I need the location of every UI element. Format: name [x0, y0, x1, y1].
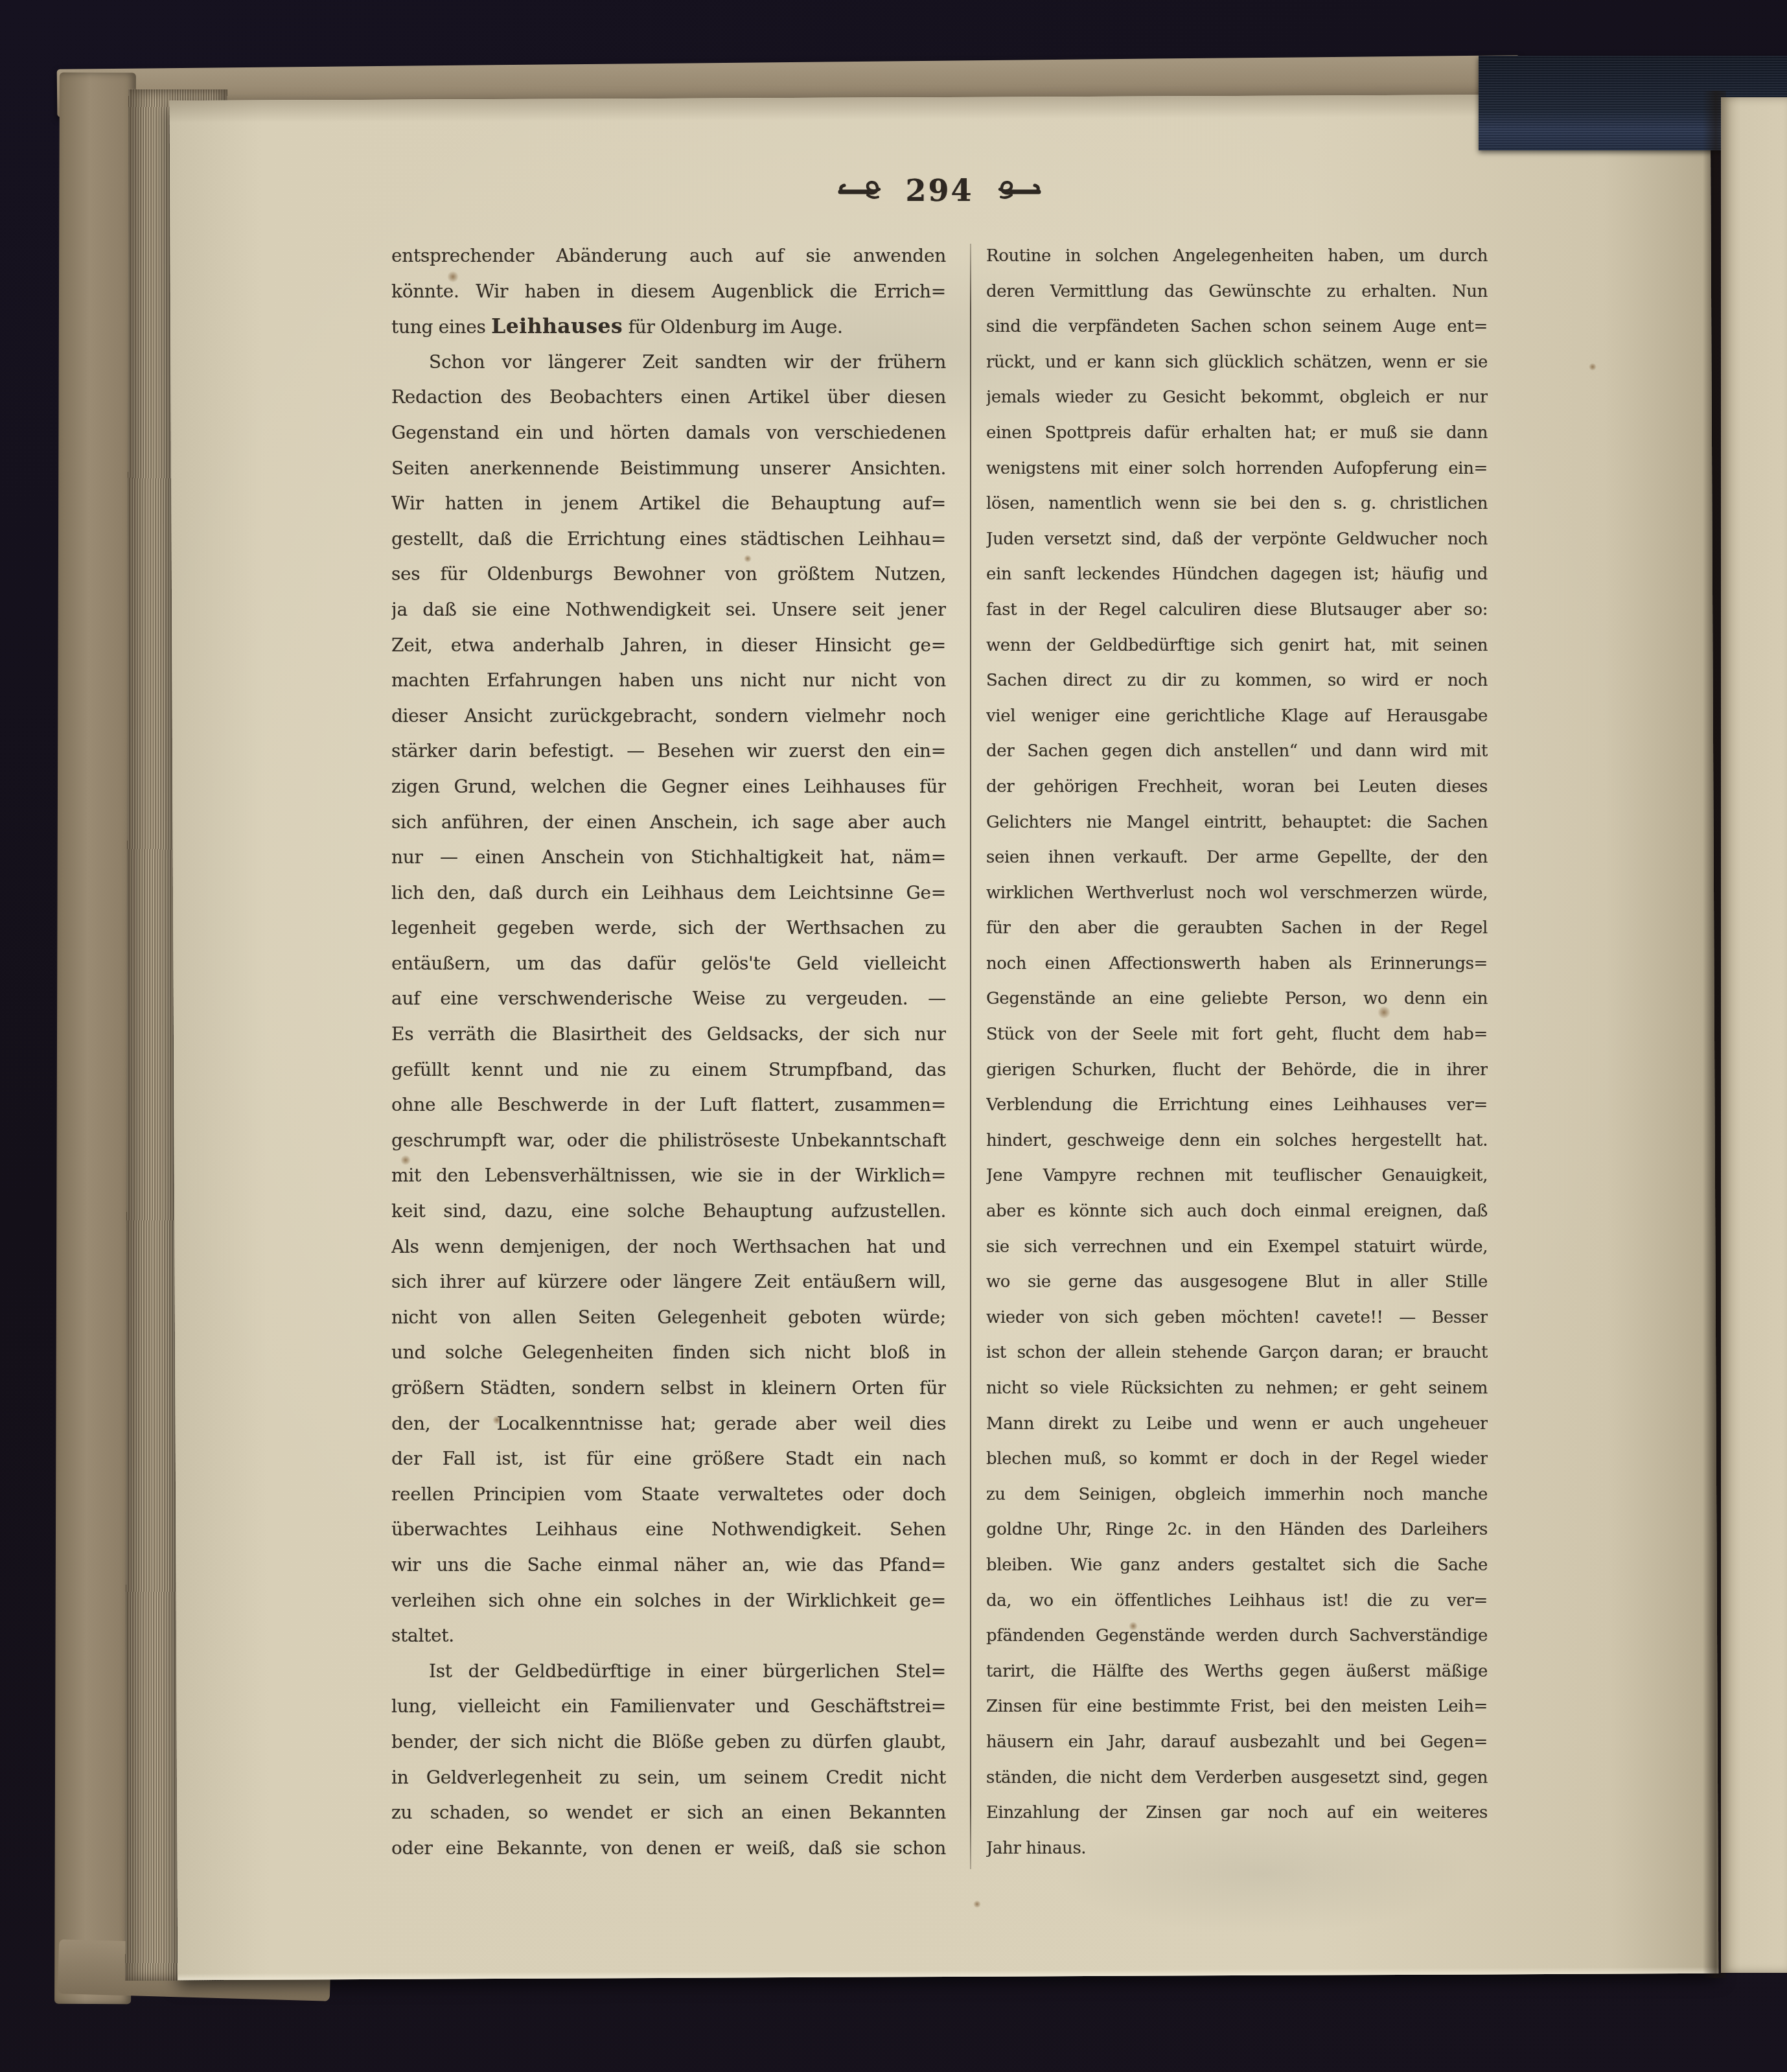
- fleuron-ornament-left-icon: [838, 180, 883, 202]
- text-line: für den aber die geraubten Sachen in der…: [986, 911, 1488, 946]
- text-line: Einzahlung der Zinsen gar noch auf ein w…: [986, 1795, 1488, 1831]
- book-cover-left-edge: [54, 73, 136, 2004]
- text-line: zigen Grund, welchen die Gegner eines Le…: [391, 769, 946, 805]
- text-line: tarirt, die Hälfte des Werths gegen äuße…: [986, 1654, 1488, 1690]
- text-line: sind die verpfändeten Sachen schon seine…: [986, 309, 1488, 345]
- text-line: fast in der Regel calculiren diese Bluts…: [986, 592, 1488, 628]
- text-line: Verblendung die Errichtung eines Leihhau…: [986, 1088, 1488, 1123]
- text-line: Seiten anerkennende Beistimmung unserer …: [391, 451, 946, 487]
- text-line: Stück von der Seele mit fort geht, fluch…: [986, 1017, 1488, 1053]
- text-line: verleihen sich ohne ein solches in der W…: [391, 1583, 946, 1619]
- text-line: gierigen Schurken, flucht der Behörde, d…: [986, 1053, 1488, 1088]
- scanned-book-page: 294 entsprechender Abänderung auch auf s…: [0, 0, 1787, 2072]
- text-line: größern Städten, sondern selbst in klein…: [391, 1371, 946, 1406]
- text-line: da, wo ein öffentliches Leihhaus ist! di…: [986, 1583, 1488, 1619]
- text-line: auf eine verschwenderische Weise zu verg…: [391, 981, 946, 1017]
- text-line: sich anführen, der einen Anschein, ich s…: [391, 805, 946, 841]
- text-line: bender, der sich nicht die Blöße geben z…: [391, 1725, 946, 1760]
- text-line: blechen muß, so kommt er doch in der Reg…: [986, 1441, 1488, 1477]
- text-line: Gegenstände an eine geliebte Person, wo …: [986, 981, 1488, 1017]
- text-line: überwachtes Leihhaus eine Nothwendigkeit…: [391, 1512, 946, 1548]
- text-line: rückt, und er kann sich glücklich schätz…: [986, 345, 1488, 380]
- text-line: sich ihrer auf kürzere oder längere Zeit…: [391, 1264, 946, 1300]
- text-line: zu schaden, so wendet er sich an einen B…: [391, 1795, 946, 1831]
- text-line: noch einen Affectionswerth haben als Eri…: [986, 946, 1488, 982]
- column-divider-rule: [970, 244, 971, 1869]
- text-line: ohne alle Beschwerde in der Luft flatter…: [391, 1088, 946, 1123]
- text-line: Ist der Geldbedürftige in einer bürgerli…: [391, 1654, 946, 1690]
- text-line: dieser Ansicht zurückgebracht, sondern v…: [391, 699, 946, 734]
- text-line: nicht so viele Rücksichten zu nehmen; er…: [986, 1371, 1488, 1406]
- text-column-right: Routine in solchen Angelegenheiten haben…: [986, 239, 1488, 1866]
- text-line: legenheit gegeben werde, sich der Werths…: [391, 911, 946, 946]
- text-line: Redaction des Beobachters einen Artikel …: [391, 380, 946, 415]
- text-line: wenigstens mit einer solch horrenden Auf…: [986, 451, 1488, 487]
- text-line: Es verräth die Blasirtheit des Geldsacks…: [391, 1017, 946, 1053]
- text-line: reellen Principien vom Staate verwaltete…: [391, 1477, 946, 1513]
- text-line: aber es könnte sich auch doch einmal ere…: [986, 1194, 1488, 1229]
- text-line: wo sie gerne das ausgesogene Blut in all…: [986, 1264, 1488, 1300]
- text-line: viel weniger eine gerichtliche Klage auf…: [986, 699, 1488, 734]
- text-line: Wir hatten in jenem Artikel die Behauptu…: [391, 486, 946, 522]
- text-line: Gelichters nie Mangel eintritt, behaupte…: [986, 805, 1488, 841]
- text-line: in Geldverlegenheit zu sein, um seinem C…: [391, 1760, 946, 1796]
- text-line: stärker darin befestigt. — Besehen wir z…: [391, 734, 946, 769]
- text-line: ein sanft leckendes Hündchen dagegen ist…: [986, 557, 1488, 592]
- text-column-left: entsprechender Abänderung auch auf sie a…: [391, 239, 946, 1866]
- text-line: oder eine Bekannte, von denen er weiß, d…: [391, 1831, 946, 1867]
- text-line: staltet.: [391, 1618, 946, 1654]
- text-line: ist schon der allein stehende Garçon dar…: [986, 1335, 1488, 1371]
- text-line: ses für Oldenburgs Bewohner von größtem …: [391, 557, 946, 592]
- text-line: tung eines Leihhauses für Oldenburg im A…: [391, 309, 946, 345]
- text-line: deren Vermittlung das Gewünschte zu erha…: [986, 274, 1488, 310]
- text-line: könnte. Wir haben in diesem Augenblick d…: [391, 274, 946, 310]
- text-line: entsprechender Abänderung auch auf sie a…: [391, 239, 946, 274]
- text-line: Mann direkt zu Leibe und wenn er auch un…: [986, 1406, 1488, 1442]
- text-line: gestellt, daß die Errichtung eines städt…: [391, 522, 946, 557]
- text-line: bleiben. Wie ganz anders gestaltet sich …: [986, 1548, 1488, 1583]
- text-line: goldne Uhr, Ringe 2c. in den Händen des …: [986, 1512, 1488, 1548]
- text-line: wirklichen Werthverlust noch wol verschm…: [986, 876, 1488, 911]
- text-line: und solche Gelegenheiten finden sich nic…: [391, 1335, 946, 1371]
- text-line: nicht von allen Seiten Gelegenheit gebot…: [391, 1300, 946, 1336]
- text-line: wieder von sich geben möchten! cavete!! …: [986, 1300, 1488, 1336]
- text-line: der gehörigen Frechheit, woran bei Leute…: [986, 769, 1488, 805]
- text-line: hindert, geschweige denn ein solches her…: [986, 1123, 1488, 1159]
- fleuron-ornament-right-icon: [996, 180, 1041, 202]
- text-line: häusern ein Jahr, darauf ausbezahlt und …: [986, 1725, 1488, 1760]
- text-line: wenn der Geldbedürftige sich genirt hat,…: [986, 628, 1488, 664]
- text-line: entäußern, um das dafür gelös'te Geld vi…: [391, 946, 946, 982]
- running-head: 294: [391, 167, 1488, 214]
- text-line: Zinsen für eine bestimmte Frist, bei den…: [986, 1689, 1488, 1725]
- text-line: keit sind, dazu, eine solche Behauptung …: [391, 1194, 946, 1229]
- text-line: zu dem Seinigen, obgleich immerhin noch …: [986, 1477, 1488, 1513]
- text-line: Sachen direct zu dir zu kommen, so wird …: [986, 663, 1488, 699]
- text-line: Routine in solchen Angelegenheiten haben…: [986, 239, 1488, 274]
- text-line: der Fall ist, ist für eine größere Stadt…: [391, 1441, 946, 1477]
- text-line: Jene Vampyre rechnen mit teuflischer Gen…: [986, 1158, 1488, 1194]
- text-line: Als wenn demjenigen, der noch Werthsache…: [391, 1229, 946, 1265]
- text-line: Juden versetzt sind, daß der verpönte Ge…: [986, 522, 1488, 557]
- text-line: geschrumpft war, oder die philiströseste…: [391, 1123, 946, 1159]
- text-line: Schon vor längerer Zeit sandten wir der …: [391, 345, 946, 380]
- text-line: ständen, die nicht dem Verderben ausgese…: [986, 1760, 1488, 1796]
- text-line: wir uns die Sache einmal näher an, wie d…: [391, 1548, 946, 1583]
- text-line: den, der Localkenntnisse hat; gerade abe…: [391, 1406, 946, 1442]
- text-line: mit den Lebensverhältnissen, wie sie in …: [391, 1158, 946, 1194]
- text-line: gefüllt kennt und nie zu einem Strumpfba…: [391, 1053, 946, 1088]
- text-line: Gegenstand ein und hörten damals von ver…: [391, 415, 946, 451]
- text-line: seien ihnen verkauft. Der arme Gepellte,…: [986, 840, 1488, 876]
- text-line: machten Erfahrungen haben uns nicht nur …: [391, 663, 946, 699]
- text-line: pfändenden Gegenstände werden durch Sach…: [986, 1618, 1488, 1654]
- text-line: jemals wieder zu Gesicht bekommt, obglei…: [986, 380, 1488, 415]
- text-line: ja daß sie eine Nothwendigkeit sei. Unse…: [391, 592, 946, 628]
- page-number: 294: [905, 176, 973, 205]
- text-line: der Sachen gegen dich anstellen“ und dan…: [986, 734, 1488, 769]
- text-line: lung, vielleicht ein Familienvater und G…: [391, 1689, 946, 1725]
- text-line: Jahr hinaus.: [986, 1831, 1488, 1867]
- text-line: lich den, daß durch ein Leihhaus dem Lei…: [391, 876, 946, 911]
- text-line: sie sich verrechnen und ein Exempel stat…: [986, 1229, 1488, 1265]
- text-line: lösen, namentlich wenn sie bei den s. g.…: [986, 486, 1488, 522]
- text-line: einen Spottpreis dafür erhalten hat; er …: [986, 415, 1488, 451]
- text-line: nur — einen Anschein von Stichhaltigkeit…: [391, 840, 946, 876]
- adjacent-page-edge: [1721, 97, 1787, 1973]
- text-line: Zeit, etwa anderhalb Jahren, in dieser H…: [391, 628, 946, 664]
